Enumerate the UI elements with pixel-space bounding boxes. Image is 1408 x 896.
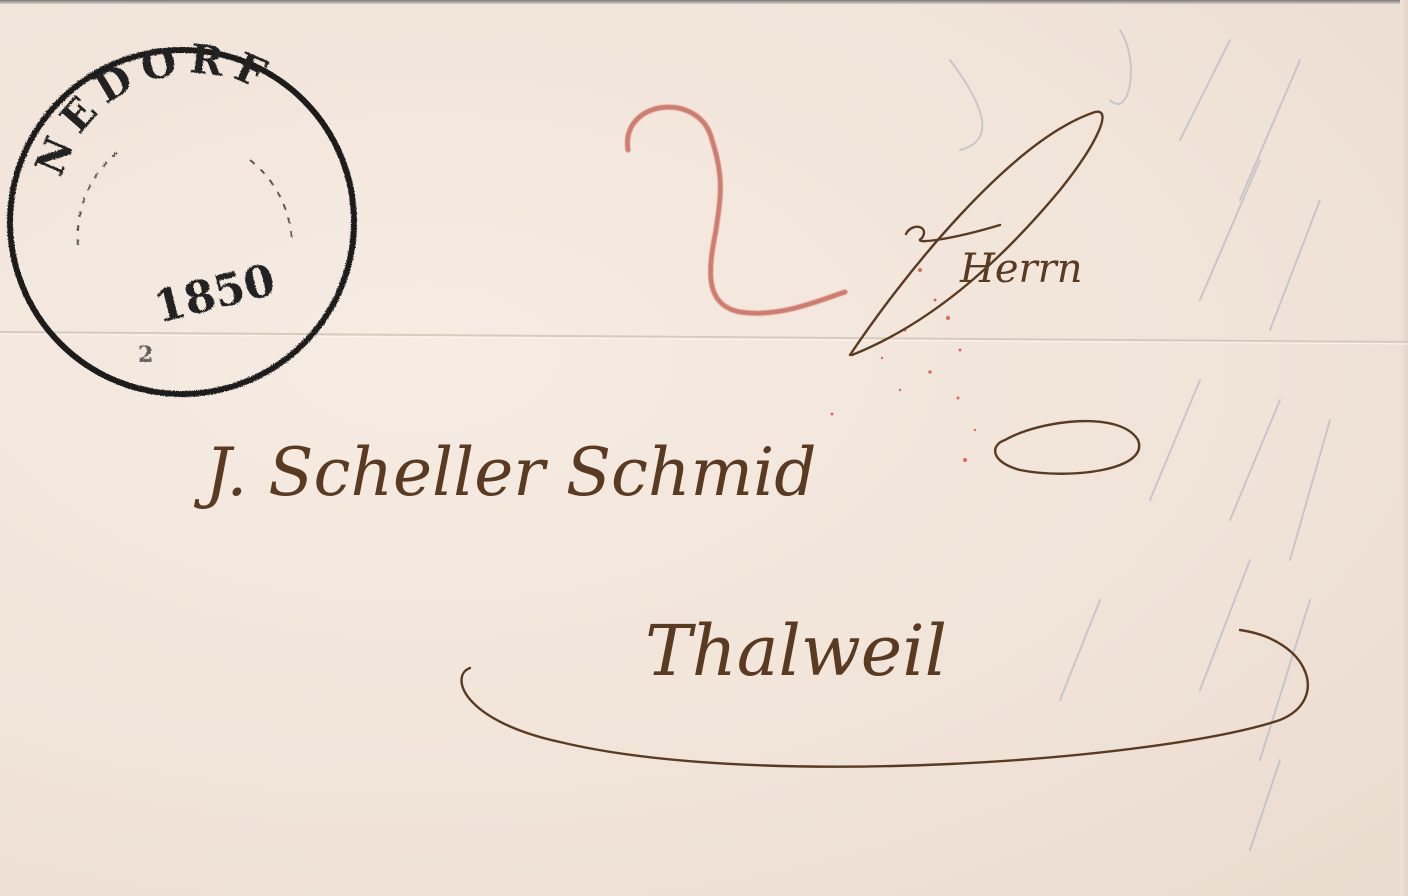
- postmark-lower-mark: 2: [138, 342, 153, 368]
- salutation: Herrn: [959, 246, 1083, 292]
- letter-artwork: NEDORF 1850 2 Herrn J. Scheller Schmid T…: [0, 0, 1408, 896]
- recipient-name: J. Scheller Schmid: [193, 434, 816, 511]
- red-ink-spatter: [831, 268, 977, 462]
- postmark-town: NEDORF: [26, 35, 282, 182]
- fold-crease: [0, 332, 1408, 344]
- postmark-year: 1850: [149, 255, 280, 334]
- destination-town: Thalweil: [645, 610, 947, 692]
- postage-due-mark: [627, 107, 845, 313]
- postmark: NEDORF 1850 2: [10, 35, 354, 394]
